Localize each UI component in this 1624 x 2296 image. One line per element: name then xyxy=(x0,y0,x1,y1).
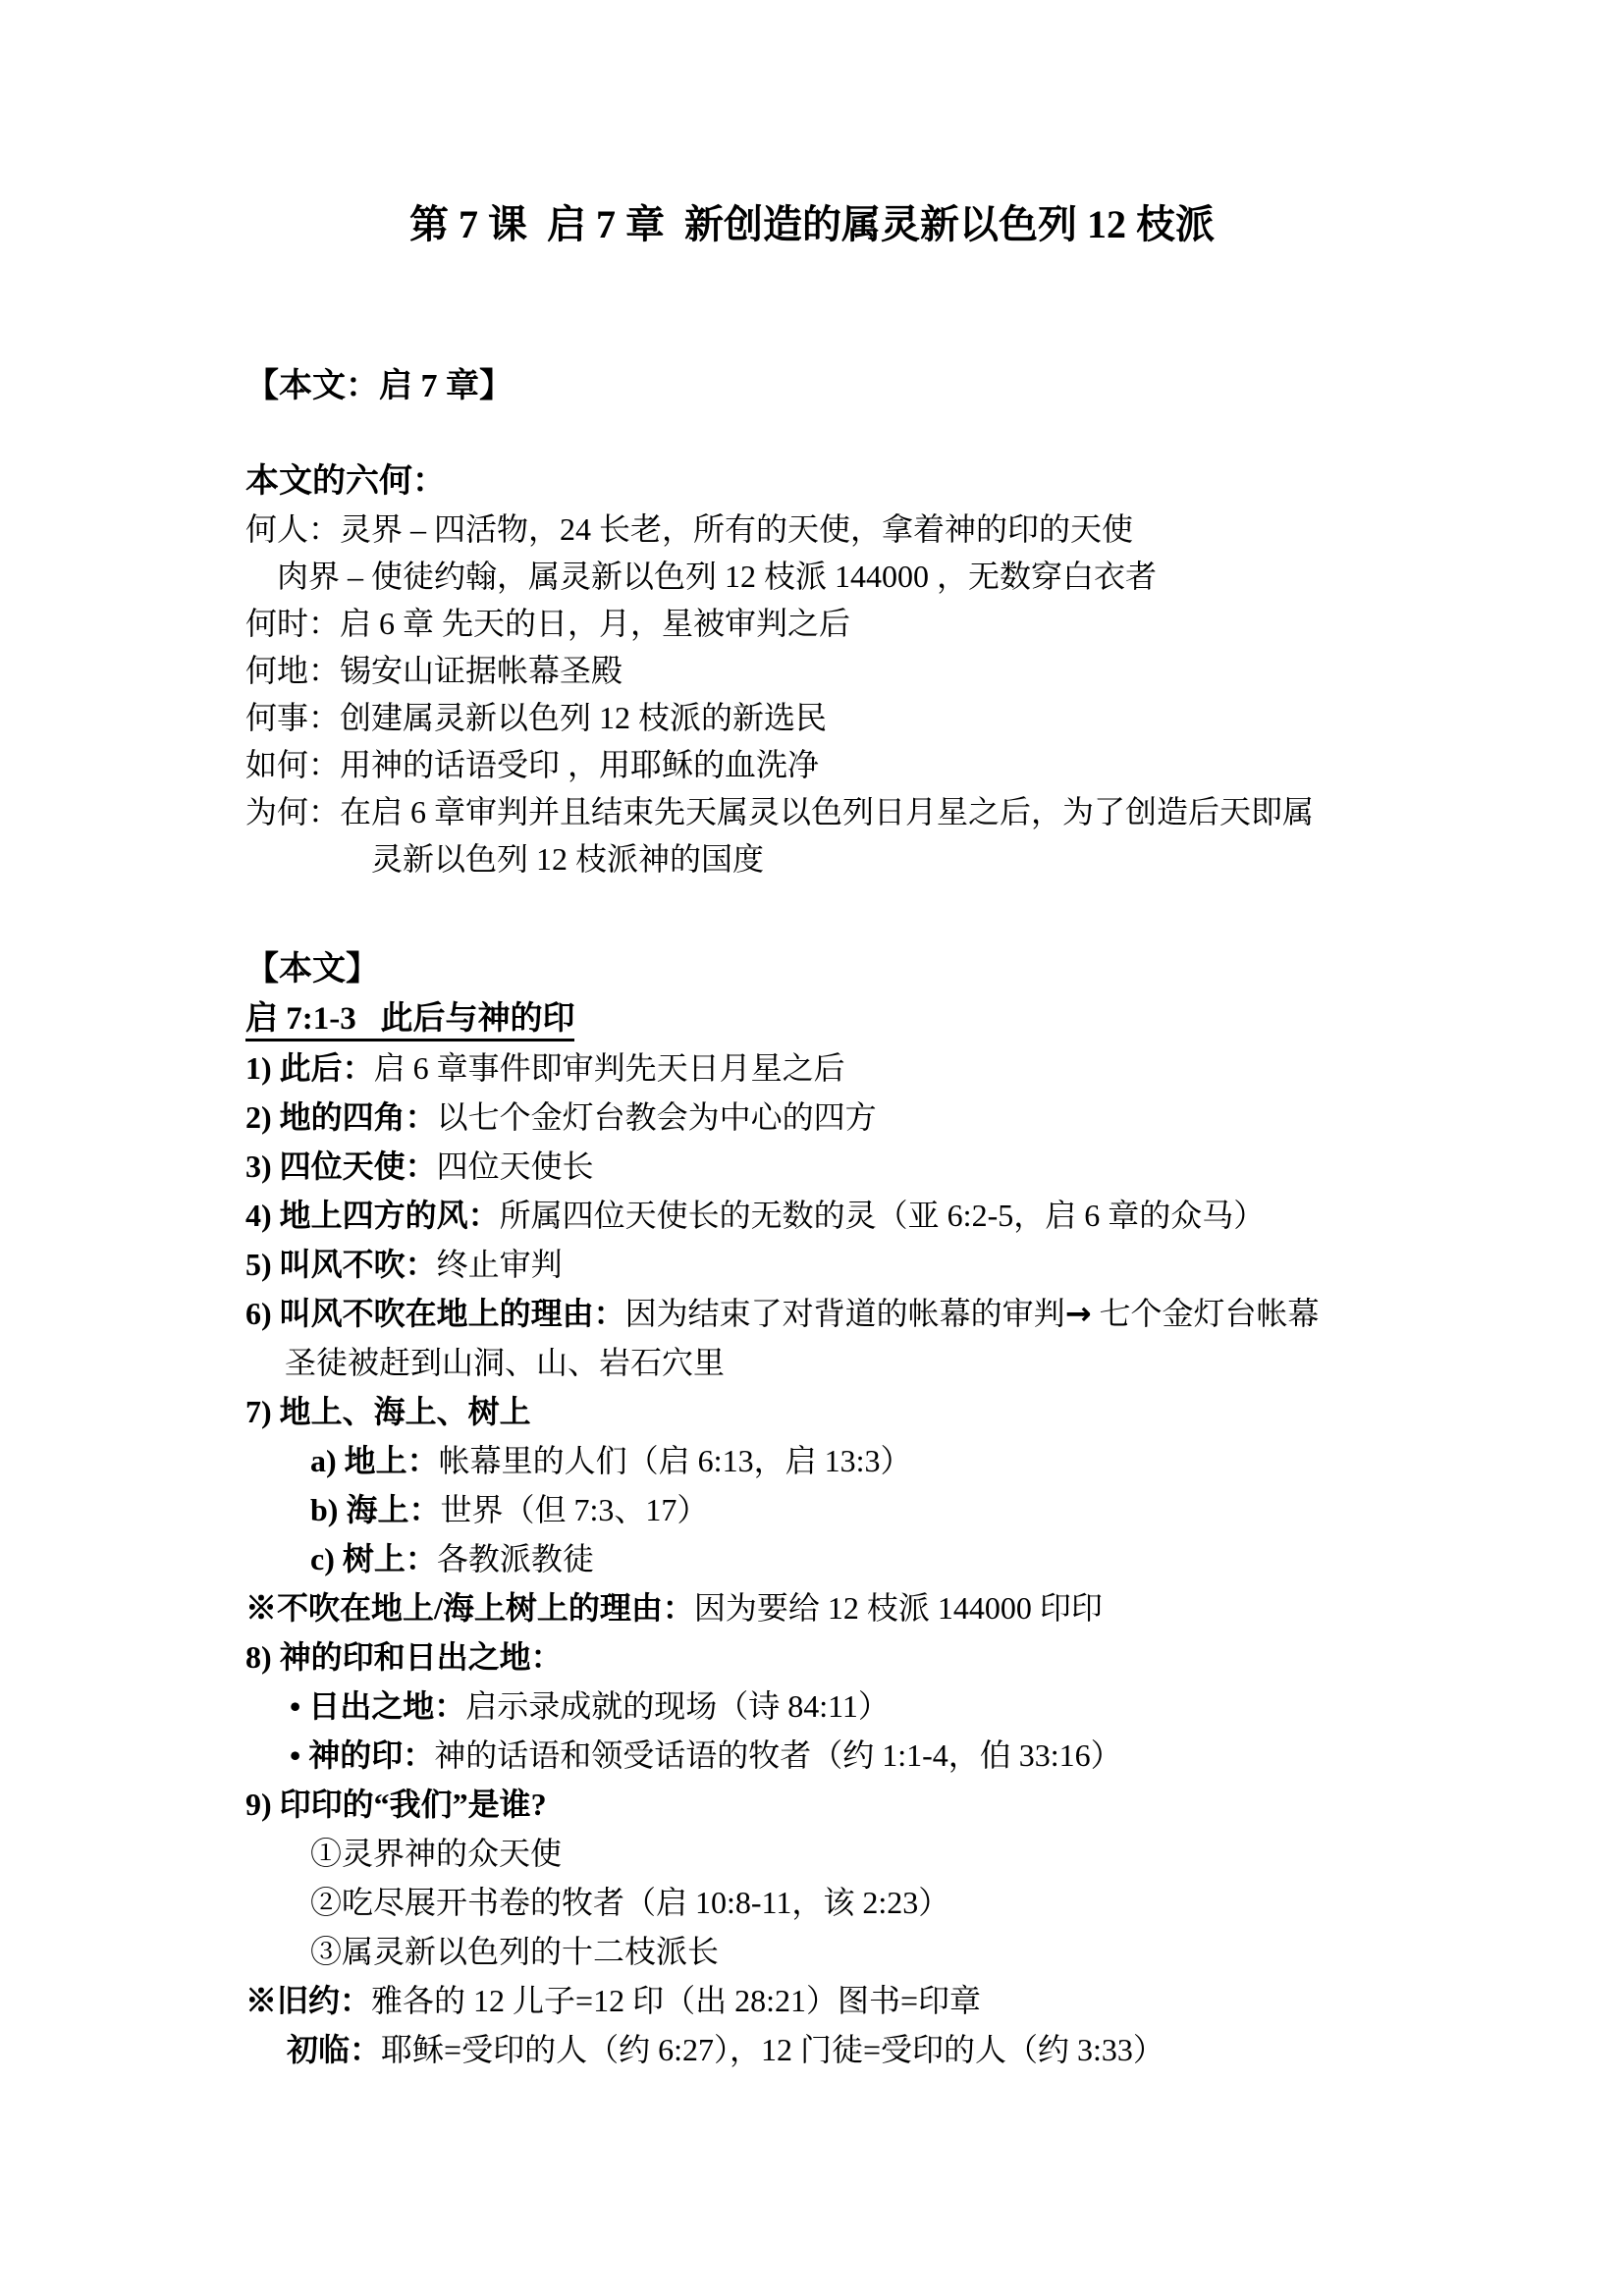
item-text: 圣徒被赶到山洞、山、岩石穴里 xyxy=(285,1345,725,1380)
document-content: 第 7 课 启 7 章 新创造的属灵新以色列 12 枝派 【本文：启 7 章】 … xyxy=(0,0,1624,2074)
six-line-why: 为何：在启 6 章审判并且结束先天属灵以色列日月星之后，为了创造后天即属 xyxy=(245,788,1477,835)
line-label: 何事： xyxy=(245,700,340,735)
six-line-where: 何地：锡安山证据帐幕圣殿 xyxy=(245,647,1477,694)
six-line-when: 何时：启 6 章 先天的日，月，星被审判之后 xyxy=(245,600,1477,647)
item-text: 因为结束了对背道的帐幕的审判 xyxy=(625,1296,1065,1331)
six-line-who: 何人：灵界 – 四活物，24 长老，所有的天使，拿着神的印的天使 xyxy=(245,506,1477,553)
body-item-8-bullet-1: • 日出之地：启示录成就的现场（诗 84:11） xyxy=(245,1682,1477,1731)
item-text: 雅各的 12 儿子=12 印（出 28:21）图书=印章 xyxy=(371,1983,981,2018)
body-item-9: 9) 印印的“我们”是谁? xyxy=(245,1780,1477,1829)
line-text: 锡安山证据帐幕圣殿 xyxy=(340,653,623,688)
item-label: b) 海上： xyxy=(310,1492,440,1527)
item-text: 四位天使长 xyxy=(437,1148,594,1184)
line-text: 肉界 – 使徒约翰，属灵新以色列 12 枝派 144000 ，无数穿白衣者 xyxy=(277,559,1157,594)
item-label: • 日出之地： xyxy=(290,1688,465,1724)
body-item-4: 4) 地上四方的风：所属四位天使长的无数的灵（亚 6:2-5，启 6 章的众马） xyxy=(245,1191,1477,1240)
document-page: 第 7 课 启 7 章 新创造的属灵新以色列 12 枝派 【本文：启 7 章】 … xyxy=(0,0,1624,2296)
body-item-7a: a) 地上：帐幕里的人们（启 6:13，启 13:3） xyxy=(245,1436,1477,1485)
item-text: 世界（但 7:3、17） xyxy=(440,1492,708,1527)
line-text: 灵新以色列 12 枝派神的国度 xyxy=(371,841,764,877)
item-text: ③属灵新以色列的十二枝派长 xyxy=(310,1934,719,1969)
body-heading: 【本文】 xyxy=(245,945,1477,994)
line-text: 在启 6 章审判并且结束先天属灵以色列日月星之后，为了创造后天即属 xyxy=(340,794,1314,829)
underlined-subheading: 启 7:1-3 此后与神的印 xyxy=(245,1001,574,1041)
item-label: ※旧约： xyxy=(245,1983,371,2018)
body-subheading: 启 7:1-3 此后与神的印 xyxy=(245,994,1477,1043)
intro-heading: 【本文：启 7 章】 xyxy=(245,363,1477,410)
item-text: ②吃尽展开书卷的牧者（启 10:8-11，该 2:23） xyxy=(310,1885,949,1920)
six-line-what: 何事：创建属灵新以色列 12 枝派的新选民 xyxy=(245,694,1477,741)
item-text: 耶稣=受印的人（约 6:27），12 门徒=受印的人（约 3:33） xyxy=(381,2032,1164,2067)
line-label: 何地： xyxy=(245,653,340,688)
body-item-7b: b) 海上：世界（但 7:3、17） xyxy=(245,1485,1477,1534)
item-label: • 神的印： xyxy=(290,1737,434,1773)
line-label: 何人： xyxy=(245,511,340,547)
item-text: 以七个金灯台教会为中心的四方 xyxy=(437,1099,877,1135)
body-item-9-1: ①灵界神的众天使 xyxy=(245,1829,1477,1878)
item-text: 七个金灯台帐幕 xyxy=(1092,1296,1320,1331)
body-item-9-2: ②吃尽展开书卷的牧者（启 10:8-11，该 2:23） xyxy=(245,1878,1477,1927)
line-text: 启 6 章 先天的日，月，星被审判之后 xyxy=(340,606,850,641)
right-arrow-icon: → xyxy=(1065,1295,1092,1332)
item-label: 4) 地上四方的风： xyxy=(245,1198,500,1233)
item-label: 初临： xyxy=(287,2032,381,2067)
item-label: 9) 印印的“我们”是谁? xyxy=(245,1787,547,1822)
item-label: ※不吹在地上/海上树上的理由： xyxy=(245,1590,694,1626)
item-label: a) 地上： xyxy=(310,1443,439,1478)
body-item-7c: c) 树上：各教派教徒 xyxy=(245,1534,1477,1583)
body-item-7: 7) 地上、海上、树上 xyxy=(245,1387,1477,1436)
line-text: 创建属灵新以色列 12 枝派的新选民 xyxy=(340,700,827,735)
body-item-2: 2) 地的四角：以七个金灯台教会为中心的四方 xyxy=(245,1093,1477,1142)
body-item-8: 8) 神的印和日出之地： xyxy=(245,1632,1477,1682)
item-text: ①灵界神的众天使 xyxy=(310,1836,562,1871)
item-label: 1) 此后： xyxy=(245,1050,374,1086)
item-label: 6) 叫风不吹在地上的理由： xyxy=(245,1296,625,1331)
item-text: 启 6 章事件即审判先天日月星之后 xyxy=(374,1050,845,1086)
page-title: 第 7 课 启 7 章 新创造的属灵新以色列 12 枝派 xyxy=(0,201,1624,248)
body-note-old-testament: ※旧约：雅各的 12 儿子=12 印（出 28:21）图书=印章 xyxy=(245,1976,1477,2025)
item-text: 帐幕里的人们（启 6:13，启 13:3） xyxy=(439,1443,912,1478)
body-note-first-coming: 初临：耶稣=受印的人（约 6:27），12 门徒=受印的人（约 3:33） xyxy=(245,2025,1477,2074)
six-line-how: 如何：用神的话语受印 ，用耶稣的血洗净 xyxy=(245,741,1477,788)
item-text: 各教派教徒 xyxy=(437,1541,594,1576)
item-label: 5) 叫风不吹： xyxy=(245,1247,437,1282)
body-item-1: 1) 此后：启 6 章事件即审判先天日月星之后 xyxy=(245,1043,1477,1093)
item-label: 3) 四位天使： xyxy=(245,1148,437,1184)
six-line-why-cont: 灵新以色列 12 枝派神的国度 xyxy=(245,835,1477,882)
body-note-reason: ※不吹在地上/海上树上的理由：因为要给 12 枝派 144000 印印 xyxy=(245,1583,1477,1632)
six-questions-heading: 本文的六何： xyxy=(245,458,1477,506)
item-label: c) 树上： xyxy=(310,1541,437,1576)
line-text: 灵界 – 四活物，24 长老，所有的天使，拿着神的印的天使 xyxy=(340,511,1133,547)
item-text: 因为要给 12 枝派 144000 印印 xyxy=(694,1590,1103,1626)
body-item-5: 5) 叫风不吹：终止审判 xyxy=(245,1240,1477,1289)
item-label: 2) 地的四角： xyxy=(245,1099,437,1135)
line-text: 用神的话语受印 ，用耶稣的血洗净 xyxy=(340,747,819,782)
body-item-6-cont: 圣徒被赶到山洞、山、岩石穴里 xyxy=(245,1338,1477,1387)
line-label: 为何： xyxy=(245,794,340,829)
line-label: 如何： xyxy=(245,747,340,782)
body-item-9-3: ③属灵新以色列的十二枝派长 xyxy=(245,1927,1477,1976)
item-text: 所属四位天使长的无数的灵（亚 6:2-5，启 6 章的众马） xyxy=(500,1198,1266,1233)
line-label: 何时： xyxy=(245,606,340,641)
body-item-3: 3) 四位天使：四位天使长 xyxy=(245,1142,1477,1191)
item-text: 神的话语和领受话语的牧者（约 1:1-4，伯 33:16） xyxy=(434,1737,1121,1773)
item-label: 8) 神的印和日出之地： xyxy=(245,1639,563,1675)
body-item-6: 6) 叫风不吹在地上的理由：因为结束了对背道的帐幕的审判→ 七个金灯台帐幕 xyxy=(245,1289,1477,1338)
body-item-8-bullet-2: • 神的印：神的话语和领受话语的牧者（约 1:1-4，伯 33:16） xyxy=(245,1731,1477,1780)
item-text: 终止审判 xyxy=(437,1247,563,1282)
six-line-who-cont: 肉界 – 使徒约翰，属灵新以色列 12 枝派 144000 ，无数穿白衣者 xyxy=(245,553,1477,600)
item-text: 启示录成就的现场（诗 84:11） xyxy=(465,1688,890,1724)
item-label: 7) 地上、海上、树上 xyxy=(245,1394,531,1429)
